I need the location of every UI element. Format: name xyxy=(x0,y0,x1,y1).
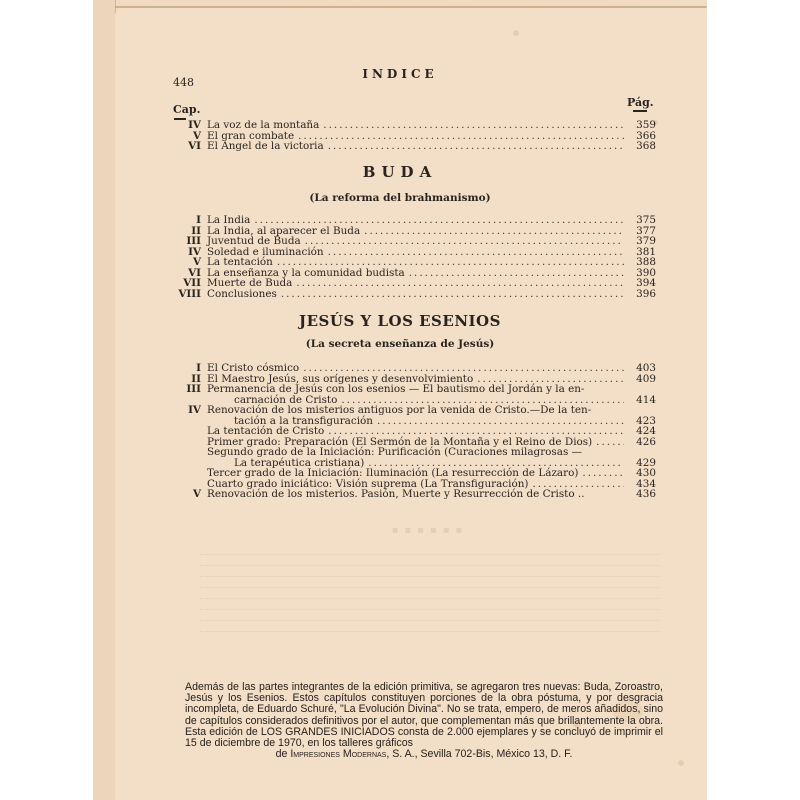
toc-chapter-number: V xyxy=(168,489,207,500)
toc-entry-title: Conclusiones xyxy=(207,289,277,300)
toc-page-number: 436 xyxy=(628,489,656,500)
toc-page-number: 430 xyxy=(628,468,656,479)
toc-chapter-number: V xyxy=(168,257,207,268)
page-edge-left xyxy=(93,0,116,800)
toc-chapter-number: IV xyxy=(168,120,207,131)
toc-chapter-number: VI xyxy=(168,141,207,152)
colophon-printer-line: de Impresiones Modernas, S. A., Sevilla … xyxy=(185,749,663,760)
toc-chapter-number: III xyxy=(168,384,207,395)
toc-entry-title: Renovación de los misterios. Pasión, Mue… xyxy=(207,489,585,500)
toc-entry[interactable]: VI El Angel de la victoria 368 xyxy=(168,141,656,152)
toc-chapter-number: I xyxy=(168,363,207,374)
toc-page-number: 394 xyxy=(628,278,656,289)
dot-leader xyxy=(323,120,624,131)
toc-entry[interactable]: V Renovación de los misterios. Pasión, M… xyxy=(168,489,656,500)
toc-chapter-number: VII xyxy=(168,278,207,289)
toc-entry-title: Muerte de Buda xyxy=(207,278,292,289)
toc-chapter-number: VIII xyxy=(168,289,207,300)
toc-page-number: 368 xyxy=(628,141,656,152)
page-edge-top xyxy=(115,6,707,8)
dot-leader xyxy=(596,437,624,448)
toc-entry[interactable]: Tercer grado de la Iniciación: Iluminaci… xyxy=(168,468,656,479)
dot-leader xyxy=(305,236,624,247)
toc-page-number: 424 xyxy=(628,426,656,437)
section-subtitle-jesus: (La secreta enseñanza de Jesús) xyxy=(0,338,800,350)
page-title: INDICE xyxy=(0,67,800,81)
toc-entry[interactable]: III Permanencia de Jesús con los esenios… xyxy=(168,384,656,395)
page-column-label: Pág. xyxy=(627,96,654,109)
section-subtitle-buda: (La reforma del brahmanismo) xyxy=(0,192,800,204)
toc-entry[interactable]: VII Muerte de Buda 394 xyxy=(168,278,656,289)
dot-leader xyxy=(364,226,624,237)
toc-entry[interactable]: La tentación de Cristo 424 xyxy=(168,426,656,437)
toc-entry-title: El Angel de la victoria xyxy=(207,141,324,152)
toc-entry-title: Renovación de los misterios antiguos por… xyxy=(207,405,591,416)
toc-entry-title: Tercer grado de la Iniciación: Iluminaci… xyxy=(207,468,578,479)
toc-chapter-number: IV xyxy=(168,247,207,258)
page-column-rule xyxy=(633,110,647,112)
dot-leader xyxy=(377,416,624,427)
section-heading-jesus: JESÚS Y LOS ESENIOS xyxy=(0,312,800,330)
colophon-prefix: de xyxy=(276,748,288,760)
toc-entry-title: La tentación xyxy=(207,257,273,268)
toc-section-continuation: IV La voz de la montaña 359 V El gran co… xyxy=(168,120,656,152)
toc-entry[interactable]: III Juventud de Buda 379 xyxy=(168,236,656,247)
toc-entry[interactable]: VIII Conclusiones 396 xyxy=(168,289,656,300)
paper-stain xyxy=(513,30,519,36)
toc-entry-title: Segundo grado de la Iniciación: Purifica… xyxy=(207,447,582,458)
toc-page-number: 403 xyxy=(628,363,656,374)
dot-leader xyxy=(281,289,624,300)
toc-chapter-number: I xyxy=(168,215,207,226)
toc-entry[interactable]: V La tentación 388 xyxy=(168,257,656,268)
section-heading-buda: BUDA xyxy=(0,163,800,181)
toc-entry-title: El Cristo cósmico xyxy=(207,363,299,374)
dot-leader xyxy=(328,426,624,437)
toc-page-number: 359 xyxy=(628,120,656,131)
colophon-text: Además de las partes integrantes de la e… xyxy=(185,681,663,749)
colophon: Además de las partes integrantes de la e… xyxy=(185,682,663,760)
toc-entry[interactable]: IV Renovación de los misterios antiguos … xyxy=(168,405,656,416)
dot-leader xyxy=(277,257,624,268)
printer-name: Impresiones Modernas xyxy=(290,748,386,760)
toc-page-number: 414 xyxy=(628,395,656,406)
toc-entry[interactable]: I La India 375 xyxy=(168,215,656,226)
toc-entry[interactable]: IV La voz de la montaña 359 xyxy=(168,120,656,131)
printer-address: , S. A., Sevilla 702-Bis, México 13, D. … xyxy=(386,748,572,760)
toc-page-number: 375 xyxy=(628,215,656,226)
dot-leader xyxy=(296,278,624,289)
dot-leader xyxy=(328,247,624,258)
toc-entry-title: La tentación de Cristo xyxy=(207,426,324,437)
toc-entry-title: Juventud de Buda xyxy=(207,236,301,247)
toc-page-number: 409 xyxy=(628,374,656,385)
toc-page-number: 388 xyxy=(628,257,656,268)
chapter-column-label: Cap. xyxy=(173,103,200,116)
toc-chapter-number: III xyxy=(168,236,207,247)
dot-leader xyxy=(409,268,624,279)
toc-chapter-number: IV xyxy=(168,405,207,416)
dot-leader xyxy=(328,141,624,152)
toc-section-jesus: I El Cristo cósmico 403 II El Maestro Je… xyxy=(168,363,656,500)
dot-leader xyxy=(254,215,624,226)
toc-entry-title: Permanencia de Jesús con los esenios — E… xyxy=(207,384,584,395)
toc-entry-title: La voz de la montaña xyxy=(207,120,319,131)
dot-leader xyxy=(298,131,624,142)
toc-entry[interactable]: I El Cristo cósmico 403 xyxy=(168,363,656,374)
dot-leader xyxy=(582,468,624,479)
toc-section-buda: I La India 375 II La India, al aparecer … xyxy=(168,215,656,299)
toc-page-number: 396 xyxy=(628,289,656,300)
paper-stain xyxy=(678,760,684,766)
toc-entry-title: La India xyxy=(207,215,250,226)
toc-entry[interactable]: Segundo grado de la Iniciación: Purifica… xyxy=(168,447,656,458)
toc-page-number: 426 xyxy=(628,437,656,448)
dot-leader xyxy=(303,363,624,374)
toc-page-number: 379 xyxy=(628,236,656,247)
